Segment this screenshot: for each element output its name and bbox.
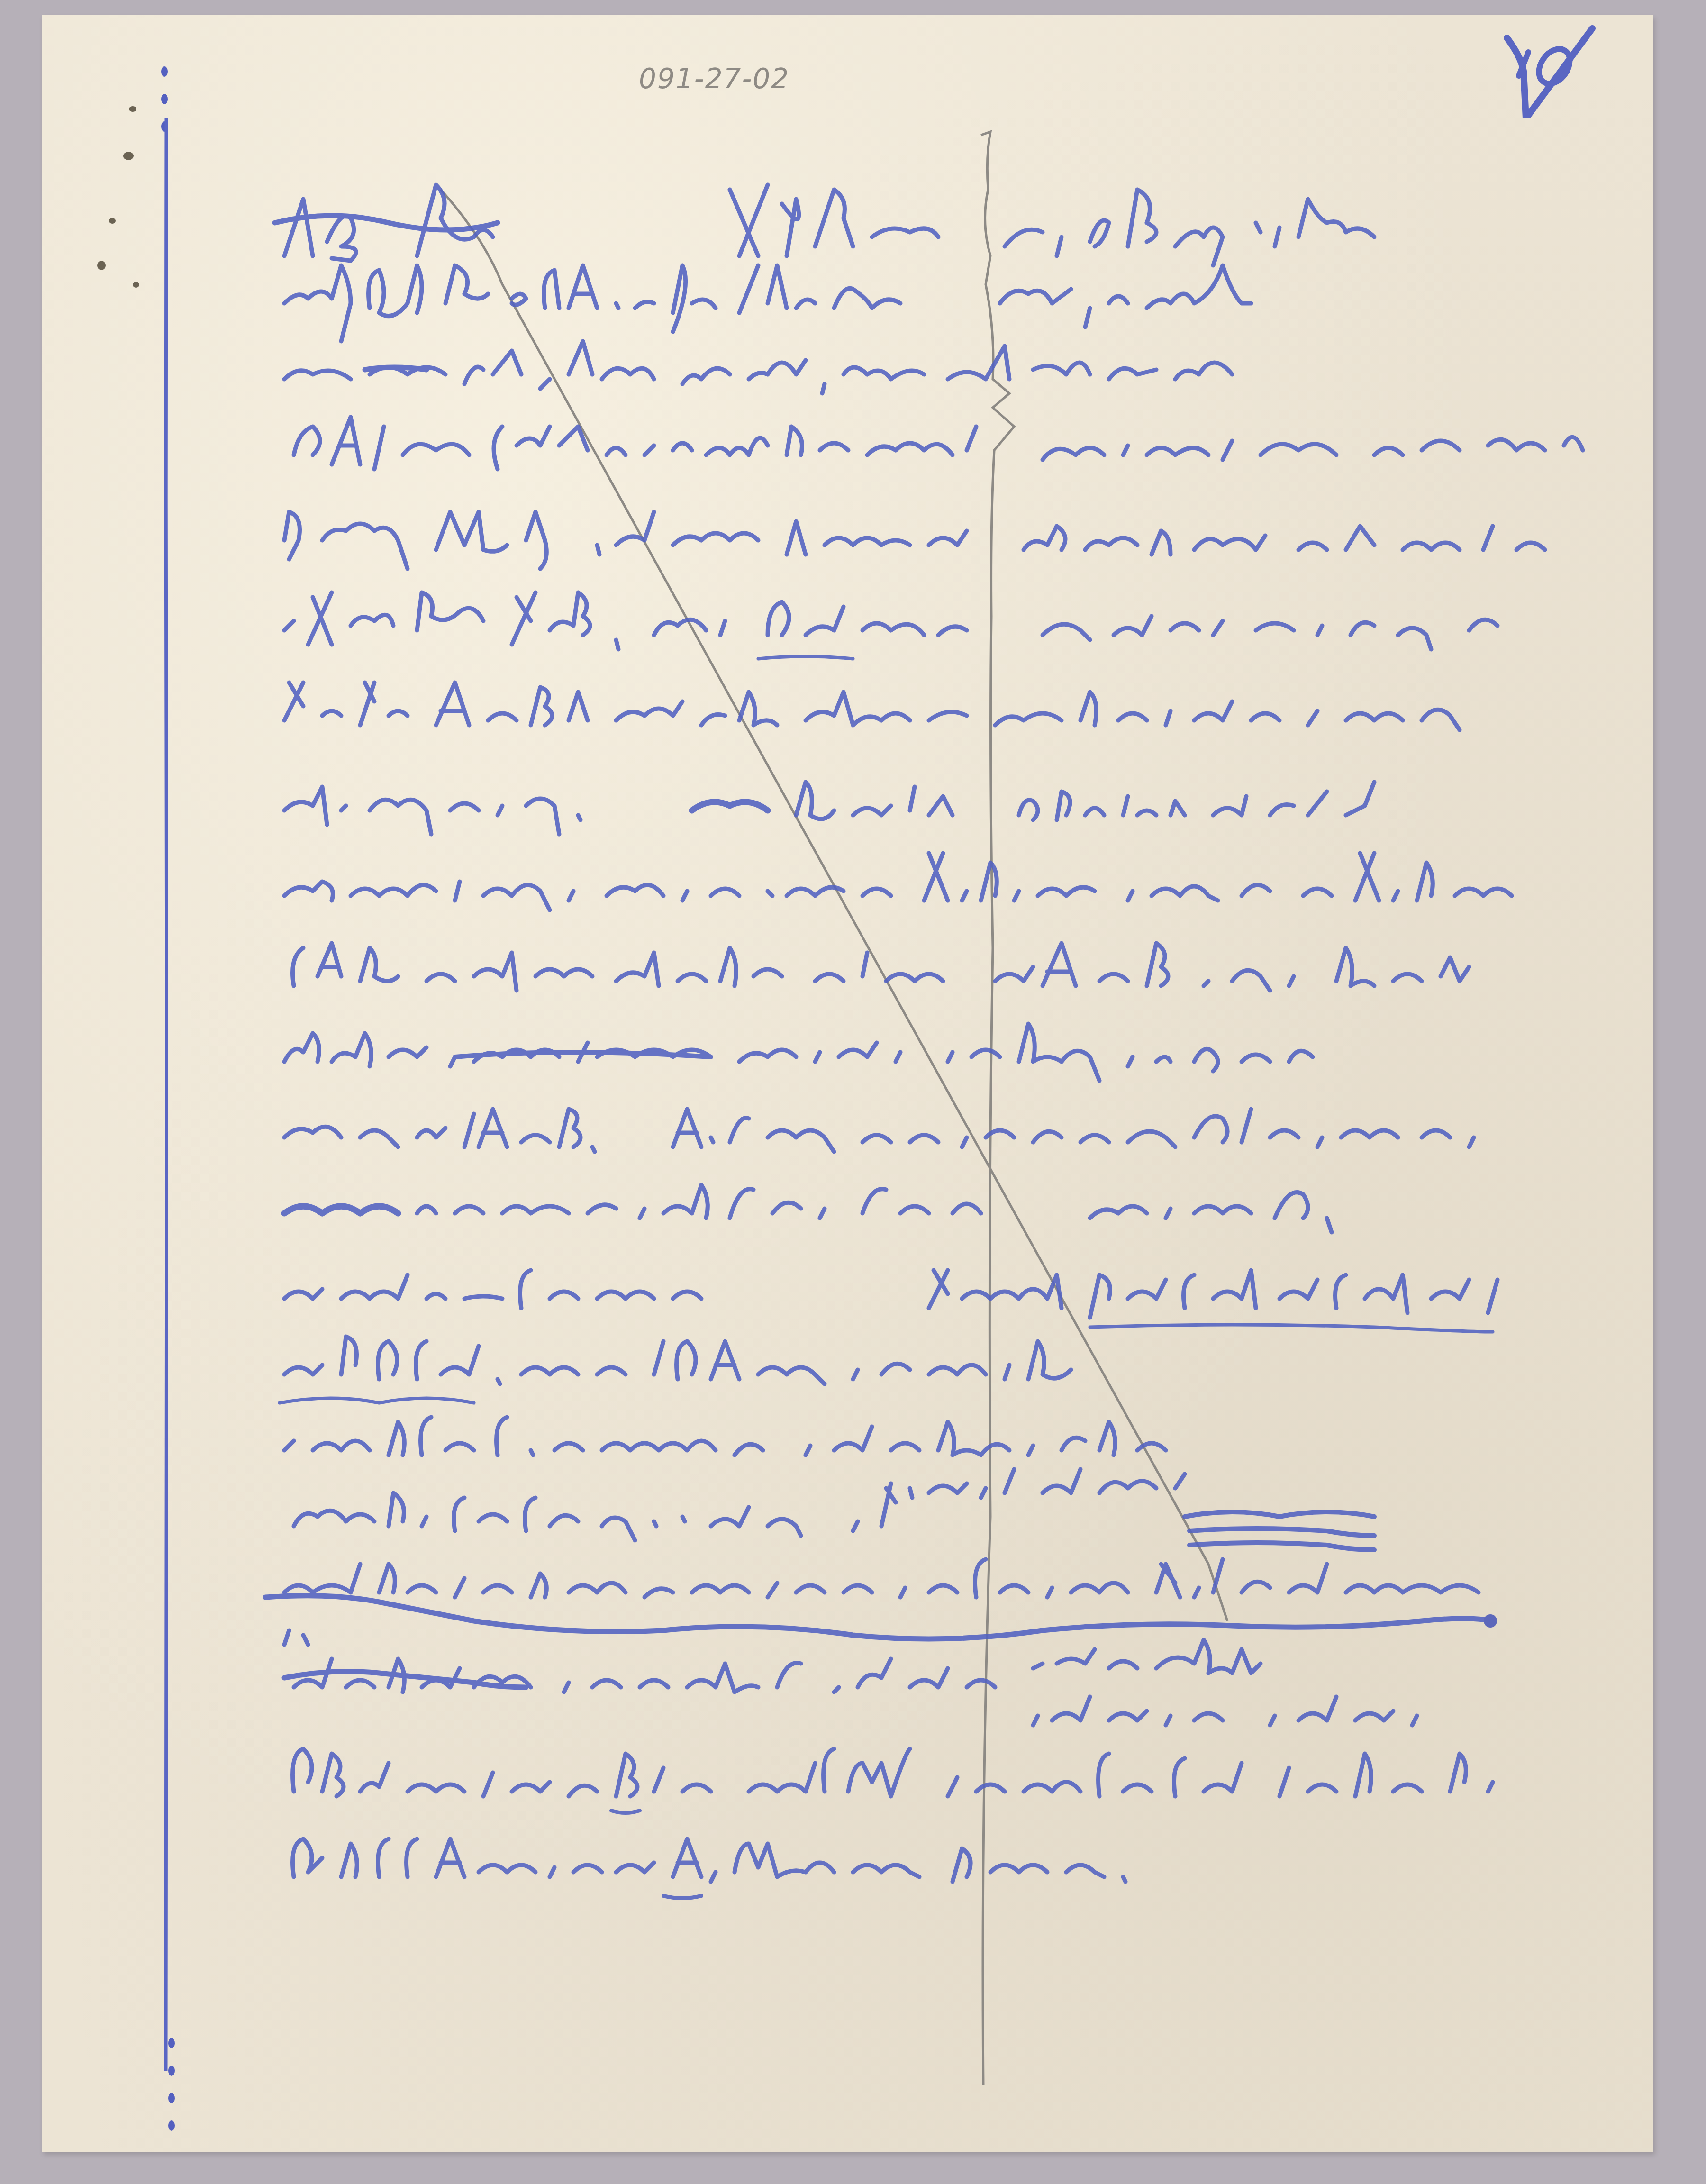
shorthand-text <box>0 0 1706 2184</box>
